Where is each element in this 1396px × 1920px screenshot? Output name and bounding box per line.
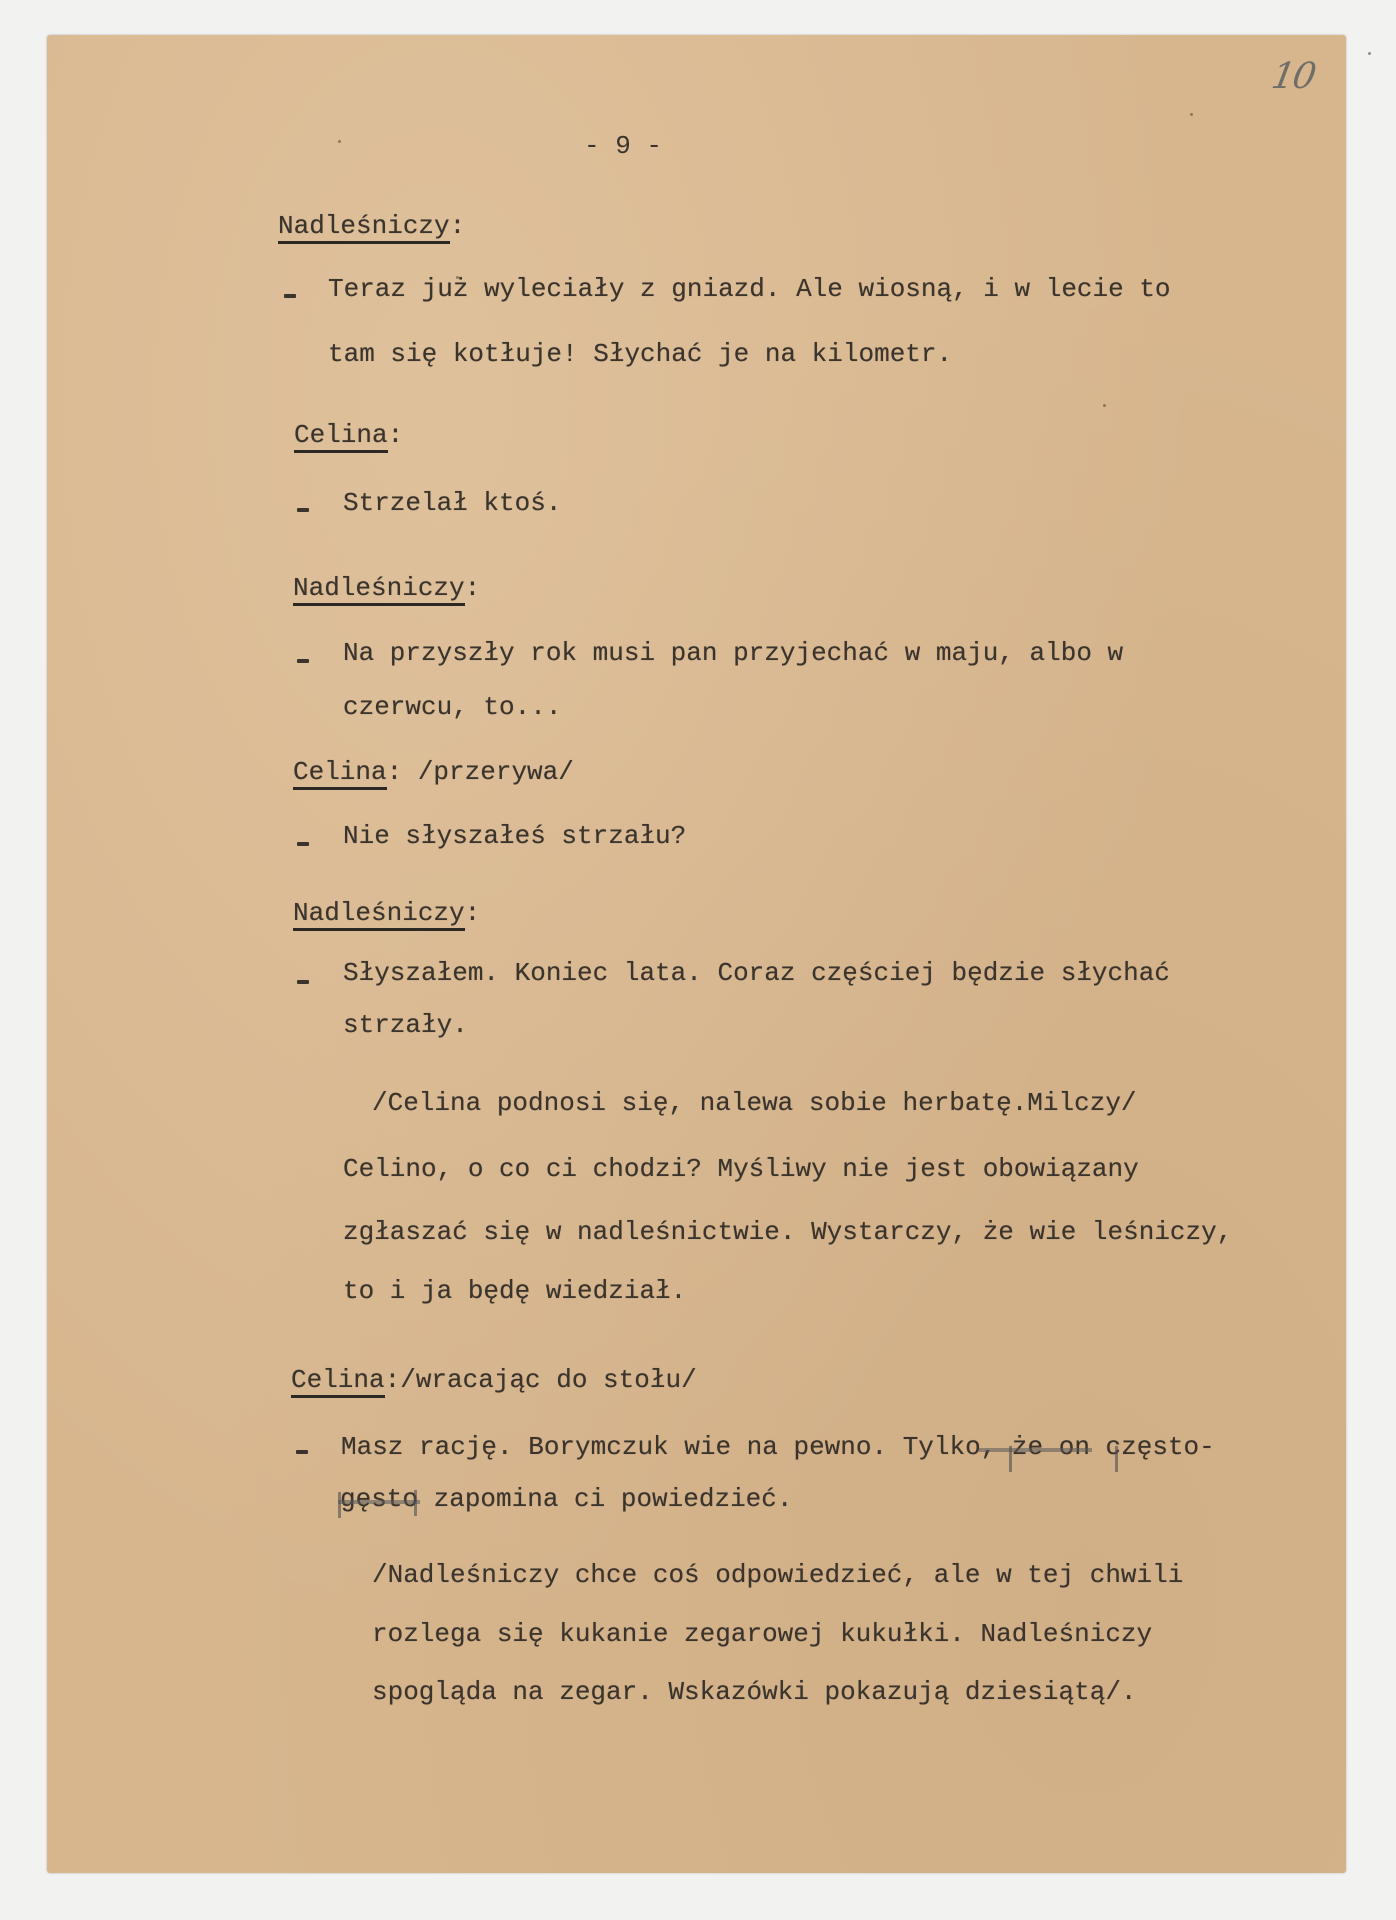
dialogue-line: Strzelał ktoś. [343, 488, 561, 518]
paper-speck [1190, 113, 1193, 116]
dialogue-dash-icon [297, 980, 309, 984]
dialogue-text: zapomina ci powiedzieć. [418, 1484, 792, 1514]
speaker-suffix: : [388, 420, 404, 450]
strike-bracket-icon [1115, 1446, 1118, 1472]
dialogue-line: tam się kotłuje! Słychać je na kilometr. [328, 339, 952, 369]
stage-direction-line: rozlega się kukanie zegarowej kukułki. N… [372, 1619, 1152, 1649]
speaker-name: Nadleśniczy [293, 573, 465, 606]
dialogue-line: zgłaszać się w nadleśnictwie. Wystarczy,… [343, 1217, 1232, 1247]
typewritten-page [47, 35, 1346, 1873]
dialogue-line: Na przyszły rok musi pan przyjechać w ma… [343, 638, 1123, 668]
dialogue-line: to i ja będę wiedział. [343, 1276, 686, 1306]
speaker-label: Nadleśniczy: [293, 573, 480, 603]
dialogue-line: gęsto zapomina ci powiedzieć. [340, 1484, 792, 1514]
dialogue-line: strzały. [343, 1010, 468, 1040]
speaker-name: Celina [293, 757, 387, 790]
dialogue-line: Teraz już wyleciały z gniazd. Ale wiosną… [328, 274, 1171, 304]
handwritten-archive-number: 10 [1268, 56, 1317, 97]
paper-speck [1103, 404, 1106, 407]
stage-direction-line: /Nadleśniczy chce coś odpowiedzieć, ale … [372, 1560, 1183, 1590]
stage-direction-line: /Celina podnosi się, nalewa sobie herbat… [372, 1088, 1137, 1118]
speaker-suffix: : [465, 573, 481, 603]
speaker-label: Nadleśniczy: [293, 898, 480, 928]
dialogue-line: czerwcu, to... [343, 692, 561, 722]
speaker-label: Celina:/wracając do stołu/ [291, 1365, 697, 1395]
speaker-name: Nadleśniczy [278, 211, 450, 244]
paper-speck [456, 276, 459, 279]
dialogue-line: Słyszałem. Koniec lata. Coraz częściej b… [343, 958, 1170, 988]
stage-direction-line: spogląda na zegar. Wskazówki pokazują dz… [372, 1677, 1137, 1707]
dialogue-dash-icon [297, 842, 309, 846]
speaker-suffix: : [465, 898, 481, 928]
paper-speck [1368, 52, 1371, 55]
strike-bracket-icon [414, 1490, 417, 1516]
dialogue-dash-icon [297, 659, 309, 663]
page-number: - 9 - [584, 131, 662, 161]
struck-text: , że on [981, 1432, 1090, 1462]
paper-speck [338, 140, 341, 143]
speaker-suffix: : /przerywa/ [387, 757, 574, 787]
dialogue-dash-icon [296, 1450, 308, 1454]
speaker-name: Nadleśniczy [293, 898, 465, 931]
strike-bracket-icon [1009, 1446, 1012, 1472]
dialogue-text: Masz rację. Borymczuk wie na pewno. Tylk… [341, 1432, 981, 1462]
speaker-label: Celina: /przerywa/ [293, 757, 574, 787]
speaker-name: Celina [291, 1365, 385, 1398]
dialogue-line: Masz rację. Borymczuk wie na pewno. Tylk… [341, 1432, 1215, 1462]
speaker-label: Celina: [294, 420, 403, 450]
dialogue-dash-icon [284, 294, 296, 298]
dialogue-line: Celino, o co ci chodzi? Myśliwy nie jest… [343, 1154, 1139, 1184]
speaker-suffix: : [450, 211, 466, 241]
struck-text: gęsto [340, 1484, 418, 1514]
dialogue-dash-icon [297, 508, 309, 512]
strike-bracket-icon [338, 1492, 341, 1518]
speaker-suffix: :/wracając do stołu/ [385, 1365, 697, 1395]
dialogue-line: Nie słyszałeś strzału? [343, 821, 686, 851]
speaker-name: Celina [294, 420, 388, 453]
dialogue-text: często- [1090, 1432, 1215, 1462]
speaker-label: Nadleśniczy: [278, 211, 465, 241]
